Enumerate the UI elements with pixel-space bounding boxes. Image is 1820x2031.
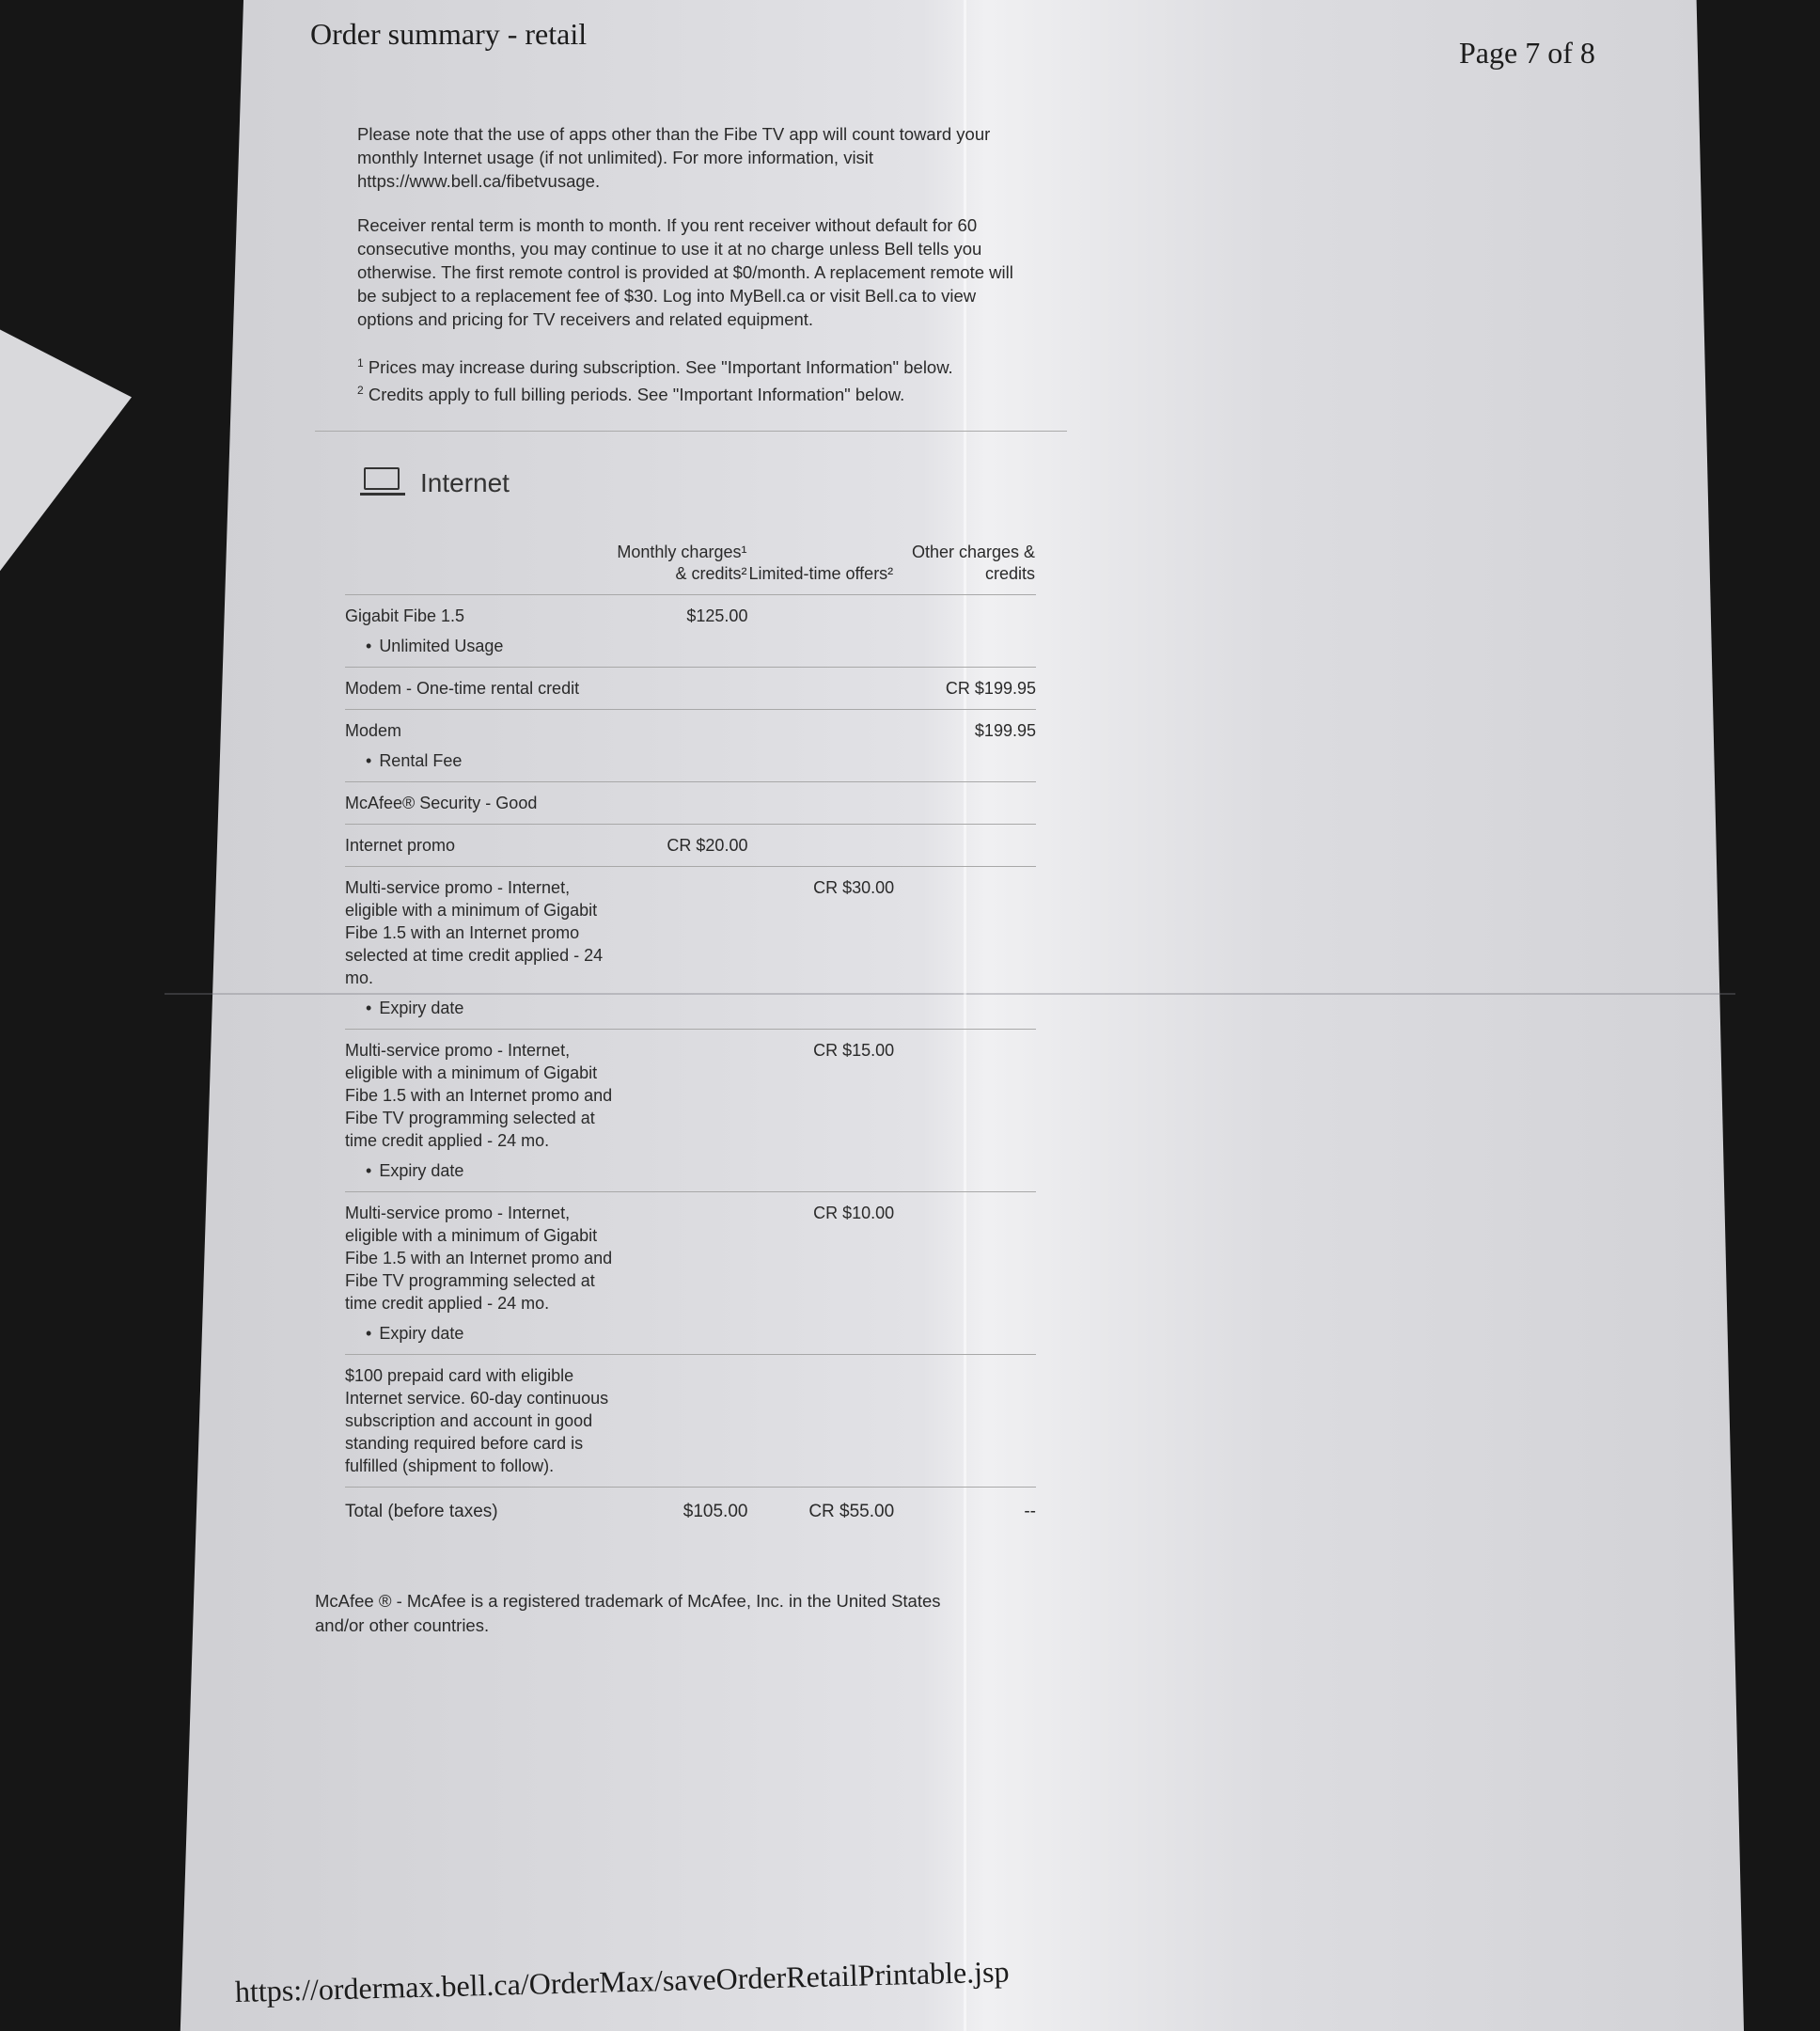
row-description: $100 prepaid card with eligible Internet… bbox=[345, 1355, 615, 1488]
item-detail: Expiry date bbox=[345, 997, 615, 1019]
row-other bbox=[894, 1030, 1036, 1192]
row-limited bbox=[747, 595, 894, 668]
total-monthly: $105.00 bbox=[615, 1488, 747, 1534]
table-header: Monthly charges¹ & credits² Limited-time… bbox=[345, 541, 1036, 595]
internet-section: Internet Monthly charges¹ & credits² Lim… bbox=[315, 431, 1067, 1638]
col-description bbox=[345, 541, 615, 595]
row-monthly bbox=[615, 1192, 747, 1355]
trademark-note: McAfee ® - McAfee is a registered tradem… bbox=[315, 1589, 992, 1638]
item-name: McAfee® Security - Good bbox=[345, 792, 615, 814]
total-row: Total (before taxes) $105.00 CR $55.00 -… bbox=[345, 1488, 1036, 1534]
row-other bbox=[894, 825, 1036, 867]
row-limited bbox=[747, 782, 894, 825]
table-row: Multi-service promo - Internet, eligible… bbox=[345, 1030, 1036, 1192]
row-limited bbox=[747, 710, 894, 782]
row-other: $199.95 bbox=[894, 710, 1036, 782]
table-row: $100 prepaid card with eligible Internet… bbox=[345, 1355, 1036, 1488]
row-other: CR $199.95 bbox=[894, 668, 1036, 710]
row-limited bbox=[747, 825, 894, 867]
page-number: Page 7 of 8 bbox=[1459, 36, 1595, 71]
row-description: Multi-service promo - Internet, eligible… bbox=[345, 1192, 615, 1355]
table-row: Gigabit Fibe 1.5Unlimited Usage$125.00 bbox=[345, 595, 1036, 668]
item-detail: Unlimited Usage bbox=[345, 635, 615, 657]
row-description: Multi-service promo - Internet, eligible… bbox=[345, 867, 615, 1030]
table-row: McAfee® Security - Good bbox=[345, 782, 1036, 825]
table-row: Multi-service promo - Internet, eligible… bbox=[345, 867, 1036, 1030]
row-limited: CR $30.00 bbox=[747, 867, 894, 1030]
item-name: Multi-service promo - Internet, eligible… bbox=[345, 1202, 615, 1315]
item-name: $100 prepaid card with eligible Internet… bbox=[345, 1364, 615, 1477]
item-detail: Expiry date bbox=[345, 1159, 615, 1182]
item-name: Gigabit Fibe 1.5 bbox=[345, 605, 615, 627]
table-row: Modem - One-time rental creditCR $199.95 bbox=[345, 668, 1036, 710]
total-other: -- bbox=[894, 1488, 1036, 1534]
row-monthly bbox=[615, 710, 747, 782]
row-description: McAfee® Security - Good bbox=[345, 782, 615, 825]
section-heading: Internet bbox=[360, 467, 1067, 499]
item-name: Multi-service promo - Internet, eligible… bbox=[345, 876, 615, 989]
item-name: Internet promo bbox=[345, 834, 615, 857]
row-monthly: $125.00 bbox=[615, 595, 747, 668]
item-detail: Rental Fee bbox=[345, 749, 615, 772]
item-name: Modem bbox=[345, 719, 615, 742]
col-monthly: Monthly charges¹ & credits² bbox=[615, 541, 747, 595]
row-other bbox=[894, 595, 1036, 668]
table-row: ModemRental Fee$199.95 bbox=[345, 710, 1036, 782]
footnotes: 1 Prices may increase during subscriptio… bbox=[357, 352, 1067, 406]
row-limited bbox=[747, 1355, 894, 1488]
row-monthly bbox=[615, 1355, 747, 1488]
row-limited: CR $10.00 bbox=[747, 1192, 894, 1355]
table-row: Internet promoCR $20.00 bbox=[345, 825, 1036, 867]
row-other bbox=[894, 1192, 1036, 1355]
col-other: Other charges & credits bbox=[894, 541, 1036, 595]
row-description: ModemRental Fee bbox=[345, 710, 615, 782]
total-label: Total (before taxes) bbox=[345, 1488, 615, 1534]
row-limited: CR $15.00 bbox=[747, 1030, 894, 1192]
row-description: Internet promo bbox=[345, 825, 615, 867]
usage-note: Please note that the use of apps other t… bbox=[357, 122, 1025, 193]
paper-scrap bbox=[0, 310, 132, 621]
item-detail: Expiry date bbox=[345, 1322, 615, 1345]
row-other bbox=[894, 782, 1036, 825]
document-content: Please note that the use of apps other t… bbox=[315, 122, 1067, 1638]
table-row: Multi-service promo - Internet, eligible… bbox=[345, 1192, 1036, 1355]
footnote-2: 2 Credits apply to full billing periods.… bbox=[357, 379, 1067, 406]
col-limited: Limited-time offers² bbox=[747, 541, 894, 595]
item-name: Multi-service promo - Internet, eligible… bbox=[345, 1039, 615, 1152]
row-monthly bbox=[615, 782, 747, 825]
row-monthly bbox=[615, 1030, 747, 1192]
row-description: Multi-service promo - Internet, eligible… bbox=[345, 1030, 615, 1192]
charges-table: Monthly charges¹ & credits² Limited-time… bbox=[345, 541, 1036, 1533]
row-monthly bbox=[615, 867, 747, 1030]
row-description: Modem - One-time rental credit bbox=[345, 668, 615, 710]
item-name: Modem - One-time rental credit bbox=[345, 677, 615, 700]
document-title: Order summary - retail bbox=[310, 17, 587, 52]
row-monthly: CR $20.00 bbox=[615, 825, 747, 867]
row-other bbox=[894, 1355, 1036, 1488]
laptop-icon bbox=[360, 467, 405, 499]
total-limited: CR $55.00 bbox=[747, 1488, 894, 1534]
row-description: Gigabit Fibe 1.5Unlimited Usage bbox=[345, 595, 615, 668]
row-other bbox=[894, 867, 1036, 1030]
row-monthly bbox=[615, 668, 747, 710]
section-title: Internet bbox=[420, 468, 510, 498]
footnote-1: 1 Prices may increase during subscriptio… bbox=[357, 352, 1067, 379]
row-limited bbox=[747, 668, 894, 710]
receiver-rental-note: Receiver rental term is month to month. … bbox=[357, 213, 1025, 331]
